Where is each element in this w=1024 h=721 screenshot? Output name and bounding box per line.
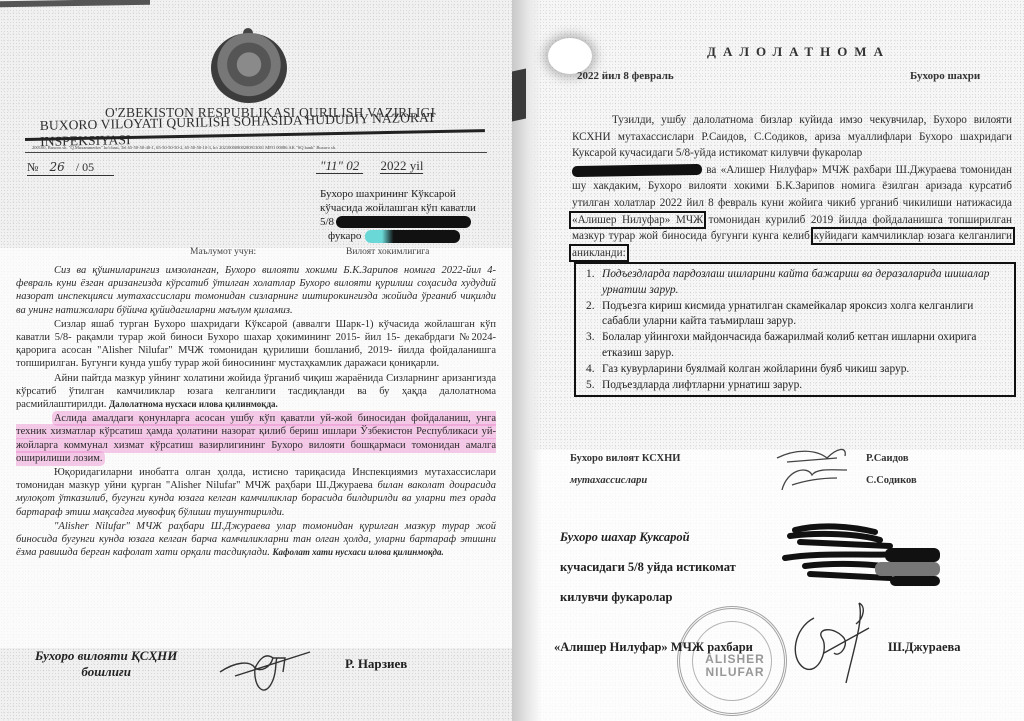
- copy-to-label: Вилоят хокимлигига: [346, 247, 429, 257]
- guarantee-note: Кафолат хати нусхаси илова қилинмоқда.: [272, 547, 443, 557]
- addressee-block: Бухоро шахрининг Кўксарой кўчасида жойла…: [320, 187, 476, 243]
- document-date: "11" 02 2022 yil: [316, 158, 423, 174]
- redaction: [365, 230, 460, 243]
- specialists-title: Бухоро вилоят КСХНИ мутахассислари: [570, 448, 680, 492]
- act-body: Тузилди, ушбу далолатнома бизлар куйида …: [572, 112, 1012, 261]
- scan-edge: [512, 69, 526, 122]
- scan-edge: [0, 0, 150, 7]
- act-title: ДАЛОЛАТНОМА: [707, 44, 890, 60]
- defect-item: 4.Газ кувурларини буялмай колган жойлари…: [586, 362, 1008, 378]
- handwritten-date: "11" 02: [316, 158, 363, 174]
- official-letter-page: O'ZBEKISTON RESPUBLIKASI QURILISH VAZIRL…: [0, 0, 512, 721]
- company-stamp: ALISHER NILUFAR: [677, 606, 787, 716]
- signatory-title: Бухоро вилояти ҚСҲНИ бошлиғи: [35, 648, 177, 680]
- paragraph: Сиз ва қўшниларингиз имзоланган, Бухоро …: [16, 264, 496, 317]
- redaction: [336, 216, 471, 228]
- paragraph: "Alisher Nilufar" МЧЖ раҳбари Ш.Джураева…: [16, 520, 496, 560]
- document-number: № 26 / 05: [27, 160, 114, 176]
- defect-item: 5.Подъездларда лифтларни урнатиш зарур.: [586, 378, 1008, 394]
- signature-icon: [215, 632, 315, 702]
- leader-title: «Алишер Нилуфар» МЧЖ рахбари: [554, 640, 753, 655]
- state-emblem-icon: [211, 33, 287, 103]
- specialists-signature-icon: [767, 440, 862, 500]
- defect-item: 1.Подъездларда пардозлаш ишларини кайта …: [586, 267, 1008, 299]
- defect-item: 3.Болалар уйингохи майдончасида бажарилм…: [586, 330, 1008, 362]
- act-city: Бухоро шахри: [910, 70, 980, 82]
- redacted-signatures: [780, 522, 950, 592]
- highlighted-paragraph: Аслида амалдаги қонунларга асосан ушбу к…: [16, 412, 496, 465]
- letter-body: Сиз ва қўшниларингиз имзоланган, Бухоро …: [16, 264, 496, 560]
- attachment-note: Далолатнома нусхаси илова қилинмоқда.: [109, 399, 278, 409]
- leader-signature-icon: [784, 598, 884, 688]
- defect-item: 2.Подъезга кириш кисмида урнатилган скам…: [586, 299, 1008, 331]
- paragraph: Юқоридагиларни инобатга олган ҳолда, ист…: [16, 466, 496, 519]
- header-divider-thin: [25, 152, 487, 153]
- act-date: 2022 йил 8 февраль: [577, 70, 674, 82]
- defects-list: 1.Подъездларда пардозлаш ишларини кайта …: [574, 262, 1016, 397]
- contact-details: 200100, Buxoro sh. "Q.Muxammedov" ko'cha…: [32, 145, 336, 150]
- date-year: 2022 yil: [380, 158, 423, 174]
- paragraph: Айни пайтда мазкур уйнинг холатини жойид…: [16, 372, 496, 412]
- company-boxed: «Алишер Нилуфар» МЧЖ: [572, 214, 703, 226]
- handwritten-number: 26: [49, 160, 64, 174]
- punch-hole: [548, 38, 592, 74]
- citizens-title: Бухоро шахар Куксарой кучасидаги 5/8 уйд…: [560, 522, 736, 612]
- leader-name: Ш.Джураева: [888, 640, 961, 655]
- redaction: [572, 164, 702, 177]
- inspection-act-page: ДАЛОЛАТНОМА 2022 йил 8 февраль Бухоро ша…: [512, 0, 1024, 721]
- specialists-names: Р.Саидов С.Содиков: [866, 448, 917, 492]
- paragraph: Сизлар яшаб турган Бухоро шахридаги Кўкс…: [16, 318, 496, 371]
- signatory-name: Р. Нарзиев: [345, 656, 407, 672]
- for-info-label: Маълумот учун:: [190, 247, 256, 257]
